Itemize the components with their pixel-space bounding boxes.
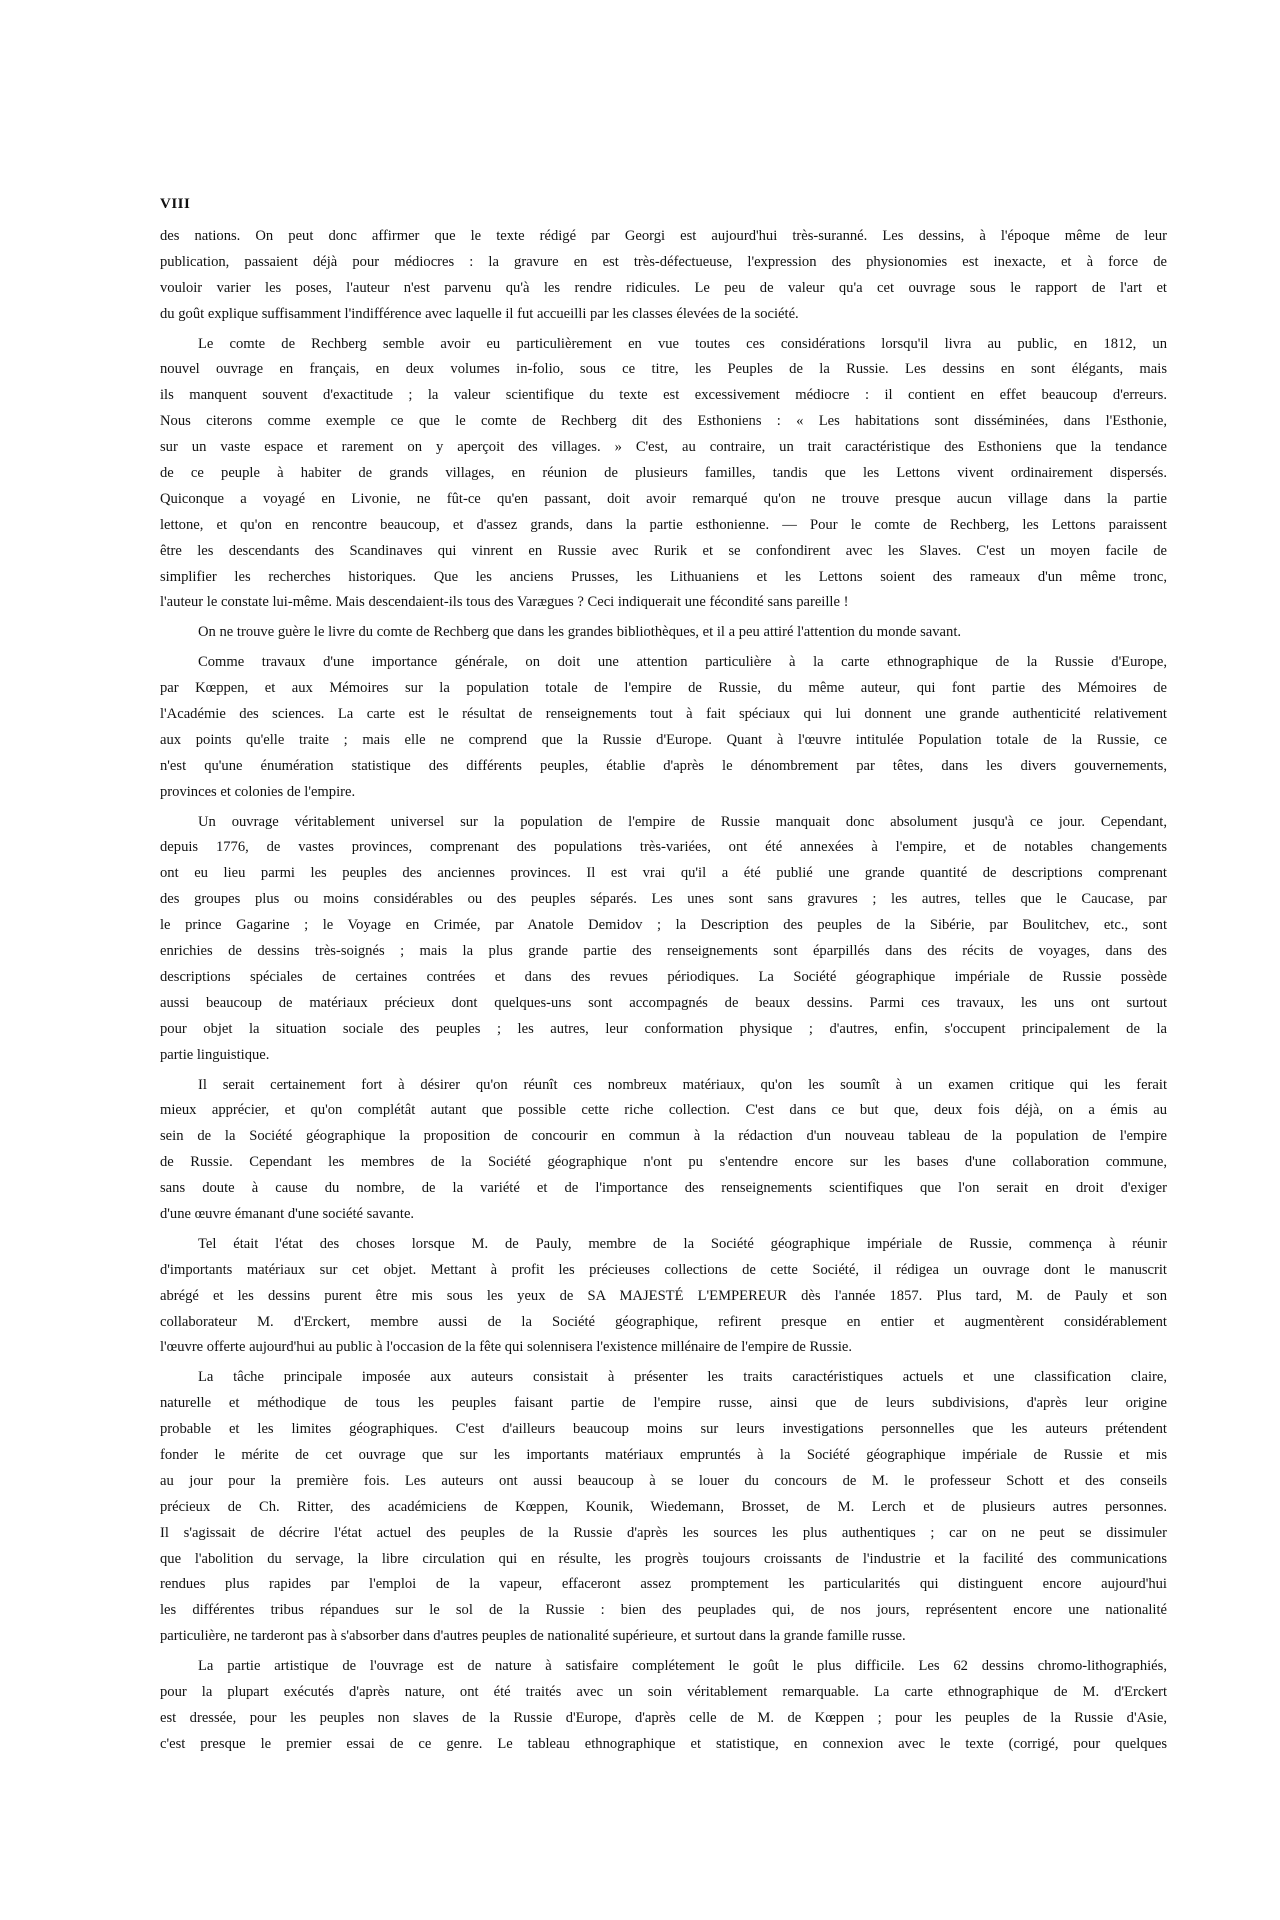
text-line: simplifier les recherches historiques. Q… bbox=[160, 565, 1167, 591]
text-line: Il s'agissait de décrire l'état actuel d… bbox=[160, 1521, 1167, 1547]
text-line: l'Académie des sciences. La carte est le… bbox=[160, 702, 1167, 728]
text-line: naturelle et méthodique de tous les peup… bbox=[160, 1391, 1167, 1417]
text-line: de Russie. Cependant les membres de la S… bbox=[160, 1150, 1167, 1176]
paragraph: Tel était l'état des choses lorsque M. d… bbox=[160, 1232, 1167, 1361]
text-line: Un ouvrage véritablement universel sur l… bbox=[160, 810, 1167, 836]
text-line: nouvel ouvrage en français, en deux volu… bbox=[160, 357, 1167, 383]
text-line: les différentes tribus répandues sur le … bbox=[160, 1598, 1167, 1624]
text-line: La tâche principale imposée aux auteurs … bbox=[160, 1365, 1167, 1391]
text-line: d'une œuvre émanant d'une société savant… bbox=[160, 1202, 1167, 1228]
text-line: des groupes plus ou moins considérables … bbox=[160, 887, 1167, 913]
text-line: Quiconque a voyagé en Livonie, ne fût-ce… bbox=[160, 487, 1167, 513]
text-line: vouloir varier les poses, l'auteur n'est… bbox=[160, 276, 1167, 302]
paragraph: Le comte de Rechberg semble avoir eu par… bbox=[160, 332, 1167, 617]
text-line: ils manquent souvent d'exactitude ; la v… bbox=[160, 383, 1167, 409]
text-line: être les descendants des Scandinaves qui… bbox=[160, 539, 1167, 565]
text-line: rendues plus rapides par l'emploi de la … bbox=[160, 1572, 1167, 1598]
text-line: que l'abolition du servage, la libre cir… bbox=[160, 1547, 1167, 1573]
text-line: Tel était l'état des choses lorsque M. d… bbox=[160, 1232, 1167, 1258]
text-line: Comme travaux d'une importance générale,… bbox=[160, 650, 1167, 676]
text-line: Il serait certainement fort à désirer qu… bbox=[160, 1073, 1167, 1099]
text-line: pour objet la situation sociale des peup… bbox=[160, 1017, 1167, 1043]
text-line: collaborateur M. d'Erckert, membre aussi… bbox=[160, 1310, 1167, 1336]
text-line: n'est qu'une énumération statistique des… bbox=[160, 754, 1167, 780]
text-line: fonder le mérite de cet ouvrage que sur … bbox=[160, 1443, 1167, 1469]
text-line: abrégé et les dessins purent être mis so… bbox=[160, 1284, 1167, 1310]
text-line: La partie artistique de l'ouvrage est de… bbox=[160, 1654, 1167, 1680]
text-line: enrichies de dessins très-soignés ; mais… bbox=[160, 939, 1167, 965]
page-number: VIII bbox=[160, 196, 190, 213]
body-text: des nations. On peut donc affirmer que l… bbox=[160, 224, 1167, 1758]
paragraph: On ne trouve guère le livre du comte de … bbox=[160, 620, 1167, 646]
paragraph: La partie artistique de l'ouvrage est de… bbox=[160, 1654, 1167, 1758]
text-line: Le comte de Rechberg semble avoir eu par… bbox=[160, 332, 1167, 358]
text-line: aussi beaucoup de matériaux précieux don… bbox=[160, 991, 1167, 1017]
paragraph: Un ouvrage véritablement universel sur l… bbox=[160, 810, 1167, 1069]
paragraph: Il serait certainement fort à désirer qu… bbox=[160, 1073, 1167, 1228]
text-line: probable et les limites géographiques. C… bbox=[160, 1417, 1167, 1443]
paragraph: Comme travaux d'une importance générale,… bbox=[160, 650, 1167, 805]
text-line: descriptions spéciales de certaines cont… bbox=[160, 965, 1167, 991]
text-line: du goût explique suffisamment l'indiffér… bbox=[160, 302, 1167, 328]
text-line: pour la plupart exécutés d'après nature,… bbox=[160, 1680, 1167, 1706]
text-line: Nous citerons comme exemple ce que le co… bbox=[160, 409, 1167, 435]
text-line: d'importants matériaux sur cet objet. Me… bbox=[160, 1258, 1167, 1284]
text-line: provinces et colonies de l'empire. bbox=[160, 780, 1167, 806]
text-line: des nations. On peut donc affirmer que l… bbox=[160, 224, 1167, 250]
text-line: sur un vaste espace et rarement on y ape… bbox=[160, 435, 1167, 461]
text-line: le prince Gagarine ; le Voyage en Crimée… bbox=[160, 913, 1167, 939]
paragraph: des nations. On peut donc affirmer que l… bbox=[160, 224, 1167, 328]
text-line: depuis 1776, de vastes provinces, compre… bbox=[160, 835, 1167, 861]
text-line: mieux apprécier, et qu'on complétât auta… bbox=[160, 1098, 1167, 1124]
text-line: de ce peuple à habiter de grands village… bbox=[160, 461, 1167, 487]
text-line: publication, passaient déjà pour médiocr… bbox=[160, 250, 1167, 276]
text-line: c'est presque le premier essai de ce gen… bbox=[160, 1732, 1167, 1758]
text-line: particulière, ne tarderont pas à s'absor… bbox=[160, 1624, 1167, 1650]
text-line: précieux de Ch. Ritter, des académiciens… bbox=[160, 1495, 1167, 1521]
text-line: au jour pour la première fois. Les auteu… bbox=[160, 1469, 1167, 1495]
text-line: sans doute à cause du nombre, de la vari… bbox=[160, 1176, 1167, 1202]
text-line: aux points qu'elle traite ; mais elle ne… bbox=[160, 728, 1167, 754]
paragraph: La tâche principale imposée aux auteurs … bbox=[160, 1365, 1167, 1650]
text-line: partie linguistique. bbox=[160, 1043, 1167, 1069]
text-line: lettone, et qu'on en rencontre beaucoup,… bbox=[160, 513, 1167, 539]
text-line: l'œuvre offerte aujourd'hui au public à … bbox=[160, 1335, 1167, 1361]
text-line: On ne trouve guère le livre du comte de … bbox=[160, 620, 1167, 646]
text-line: est dressée, pour les peuples non slaves… bbox=[160, 1706, 1167, 1732]
text-line: sein de la Société géographique la propo… bbox=[160, 1124, 1167, 1150]
text-line: ont eu lieu parmi les peuples des ancien… bbox=[160, 861, 1167, 887]
text-line: l'auteur le constate lui-même. Mais desc… bbox=[160, 590, 1167, 616]
text-line: par Kœppen, et aux Mémoires sur la popul… bbox=[160, 676, 1167, 702]
